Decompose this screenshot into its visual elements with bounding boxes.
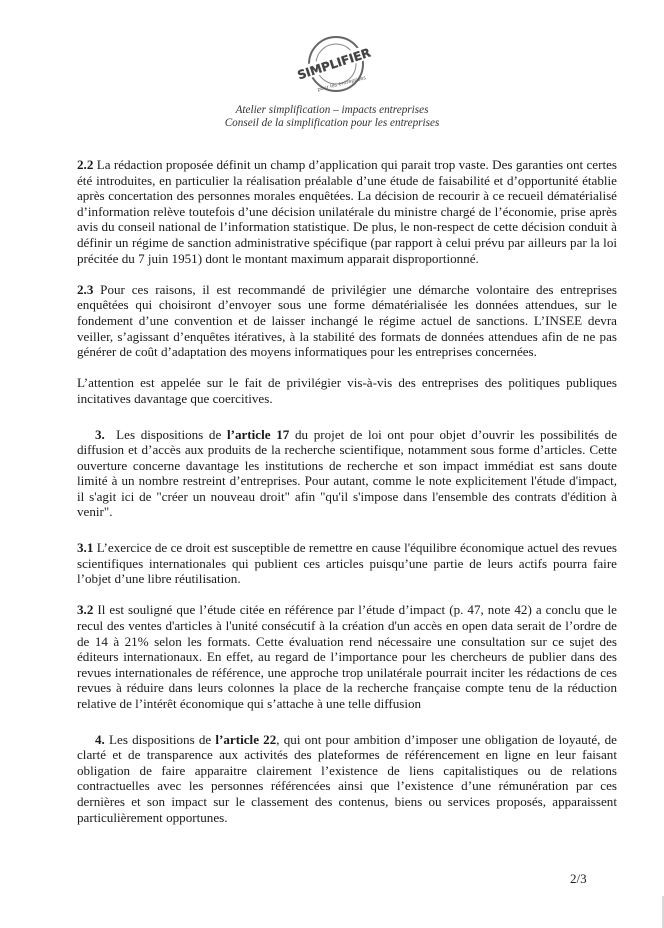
page-number: 2/3 (570, 871, 587, 887)
section-number: 3.2 (77, 602, 93, 617)
paragraph-text: L’attention est appelée sur le fait de p… (77, 375, 617, 406)
paragraph-2-3: 2.3 Pour ces raisons, il est recommandé … (77, 282, 617, 360)
paragraph-text: Il est souligné que l’étude citée en réf… (77, 602, 617, 711)
section-number: 2.2 (77, 157, 93, 172)
paragraph-attention: L’attention est appelée sur le fait de p… (77, 375, 617, 406)
paragraph-text-pre: Les dispositions de (105, 427, 227, 442)
paragraph-4: 4. Les dispositions de l’article 22, qui… (77, 732, 617, 826)
paragraph-text-pre: Les dispositions de (105, 732, 216, 747)
header-line-1: Atelier simplification – impacts entrepr… (0, 104, 664, 117)
paragraph-text: Pour ces raisons, il est recommandé de p… (77, 282, 617, 359)
paragraph-3: 3. Les dispositions de l’article 17 du p… (77, 427, 617, 521)
article-reference: l’article 17 (227, 427, 289, 442)
paragraph-3-2: 3.2 Il est souligné que l’étude citée en… (77, 602, 617, 711)
section-number: 3. (95, 427, 105, 442)
section-number: 4. (95, 732, 105, 747)
document-page: SIMPLIFIER pour les entreprises Atelier … (0, 0, 664, 928)
section-number: 2.3 (77, 282, 93, 297)
section-number: 3.1 (77, 540, 93, 555)
header-line-2: Conseil de la simplification pour les en… (0, 117, 664, 130)
paragraph-text: L’exercice de ce droit est susceptible d… (77, 540, 617, 586)
paragraph-text: La rédaction proposée définit un champ d… (77, 157, 617, 266)
article-reference: l’article 22 (215, 732, 276, 747)
document-header: Atelier simplification – impacts entrepr… (0, 104, 664, 130)
paragraph-2-2: 2.2 La rédaction proposée définit un cha… (77, 157, 617, 266)
paragraph-3-1: 3.1 L’exercice de ce droit est susceptib… (77, 540, 617, 587)
simplifier-stamp-logo: SIMPLIFIER pour les entreprises (292, 28, 376, 100)
document-body: 2.2 La rédaction proposée définit un cha… (77, 157, 617, 825)
